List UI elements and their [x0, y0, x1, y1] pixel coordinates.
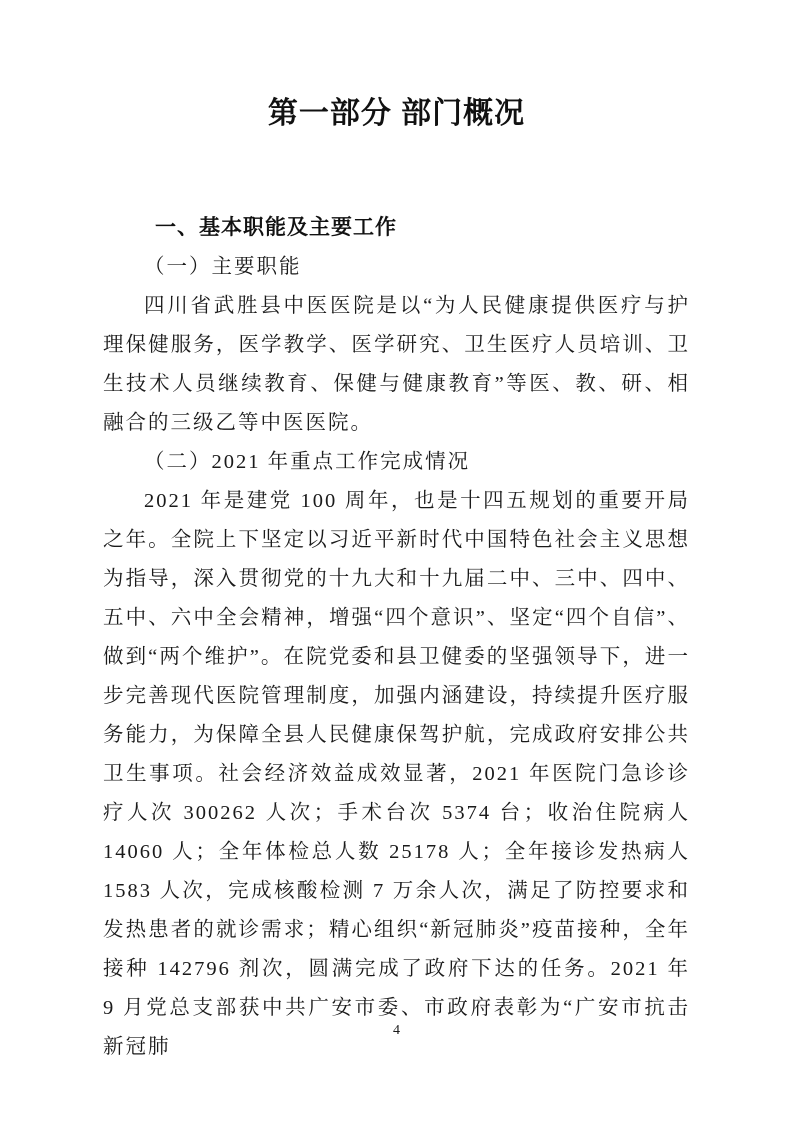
section-heading: 一、基本职能及主要工作 [103, 212, 690, 244]
document-page: 第一部分 部门概况 一、基本职能及主要工作 （一）主要职能 四川省武胜县中医医院… [0, 0, 793, 1122]
paragraph-2021-key-work: 2021 年是建党 100 周年，也是十四五规划的重要开局之年。全院上下坚定以习… [103, 482, 690, 1067]
subsection-heading-2: （二）2021 年重点工作完成情况 [103, 443, 690, 482]
document-body: 一、基本职能及主要工作 （一）主要职能 四川省武胜县中医医院是以“为人民健康提供… [103, 212, 690, 1067]
page-number: 4 [0, 1022, 793, 1040]
subsection-heading-1: （一）主要职能 [103, 248, 690, 287]
page-title: 第一部分 部门概况 [0, 92, 793, 136]
paragraph-main-functions: 四川省武胜县中医医院是以“为人民健康提供医疗与护理保健服务，医学教学、医学研究、… [103, 287, 690, 443]
